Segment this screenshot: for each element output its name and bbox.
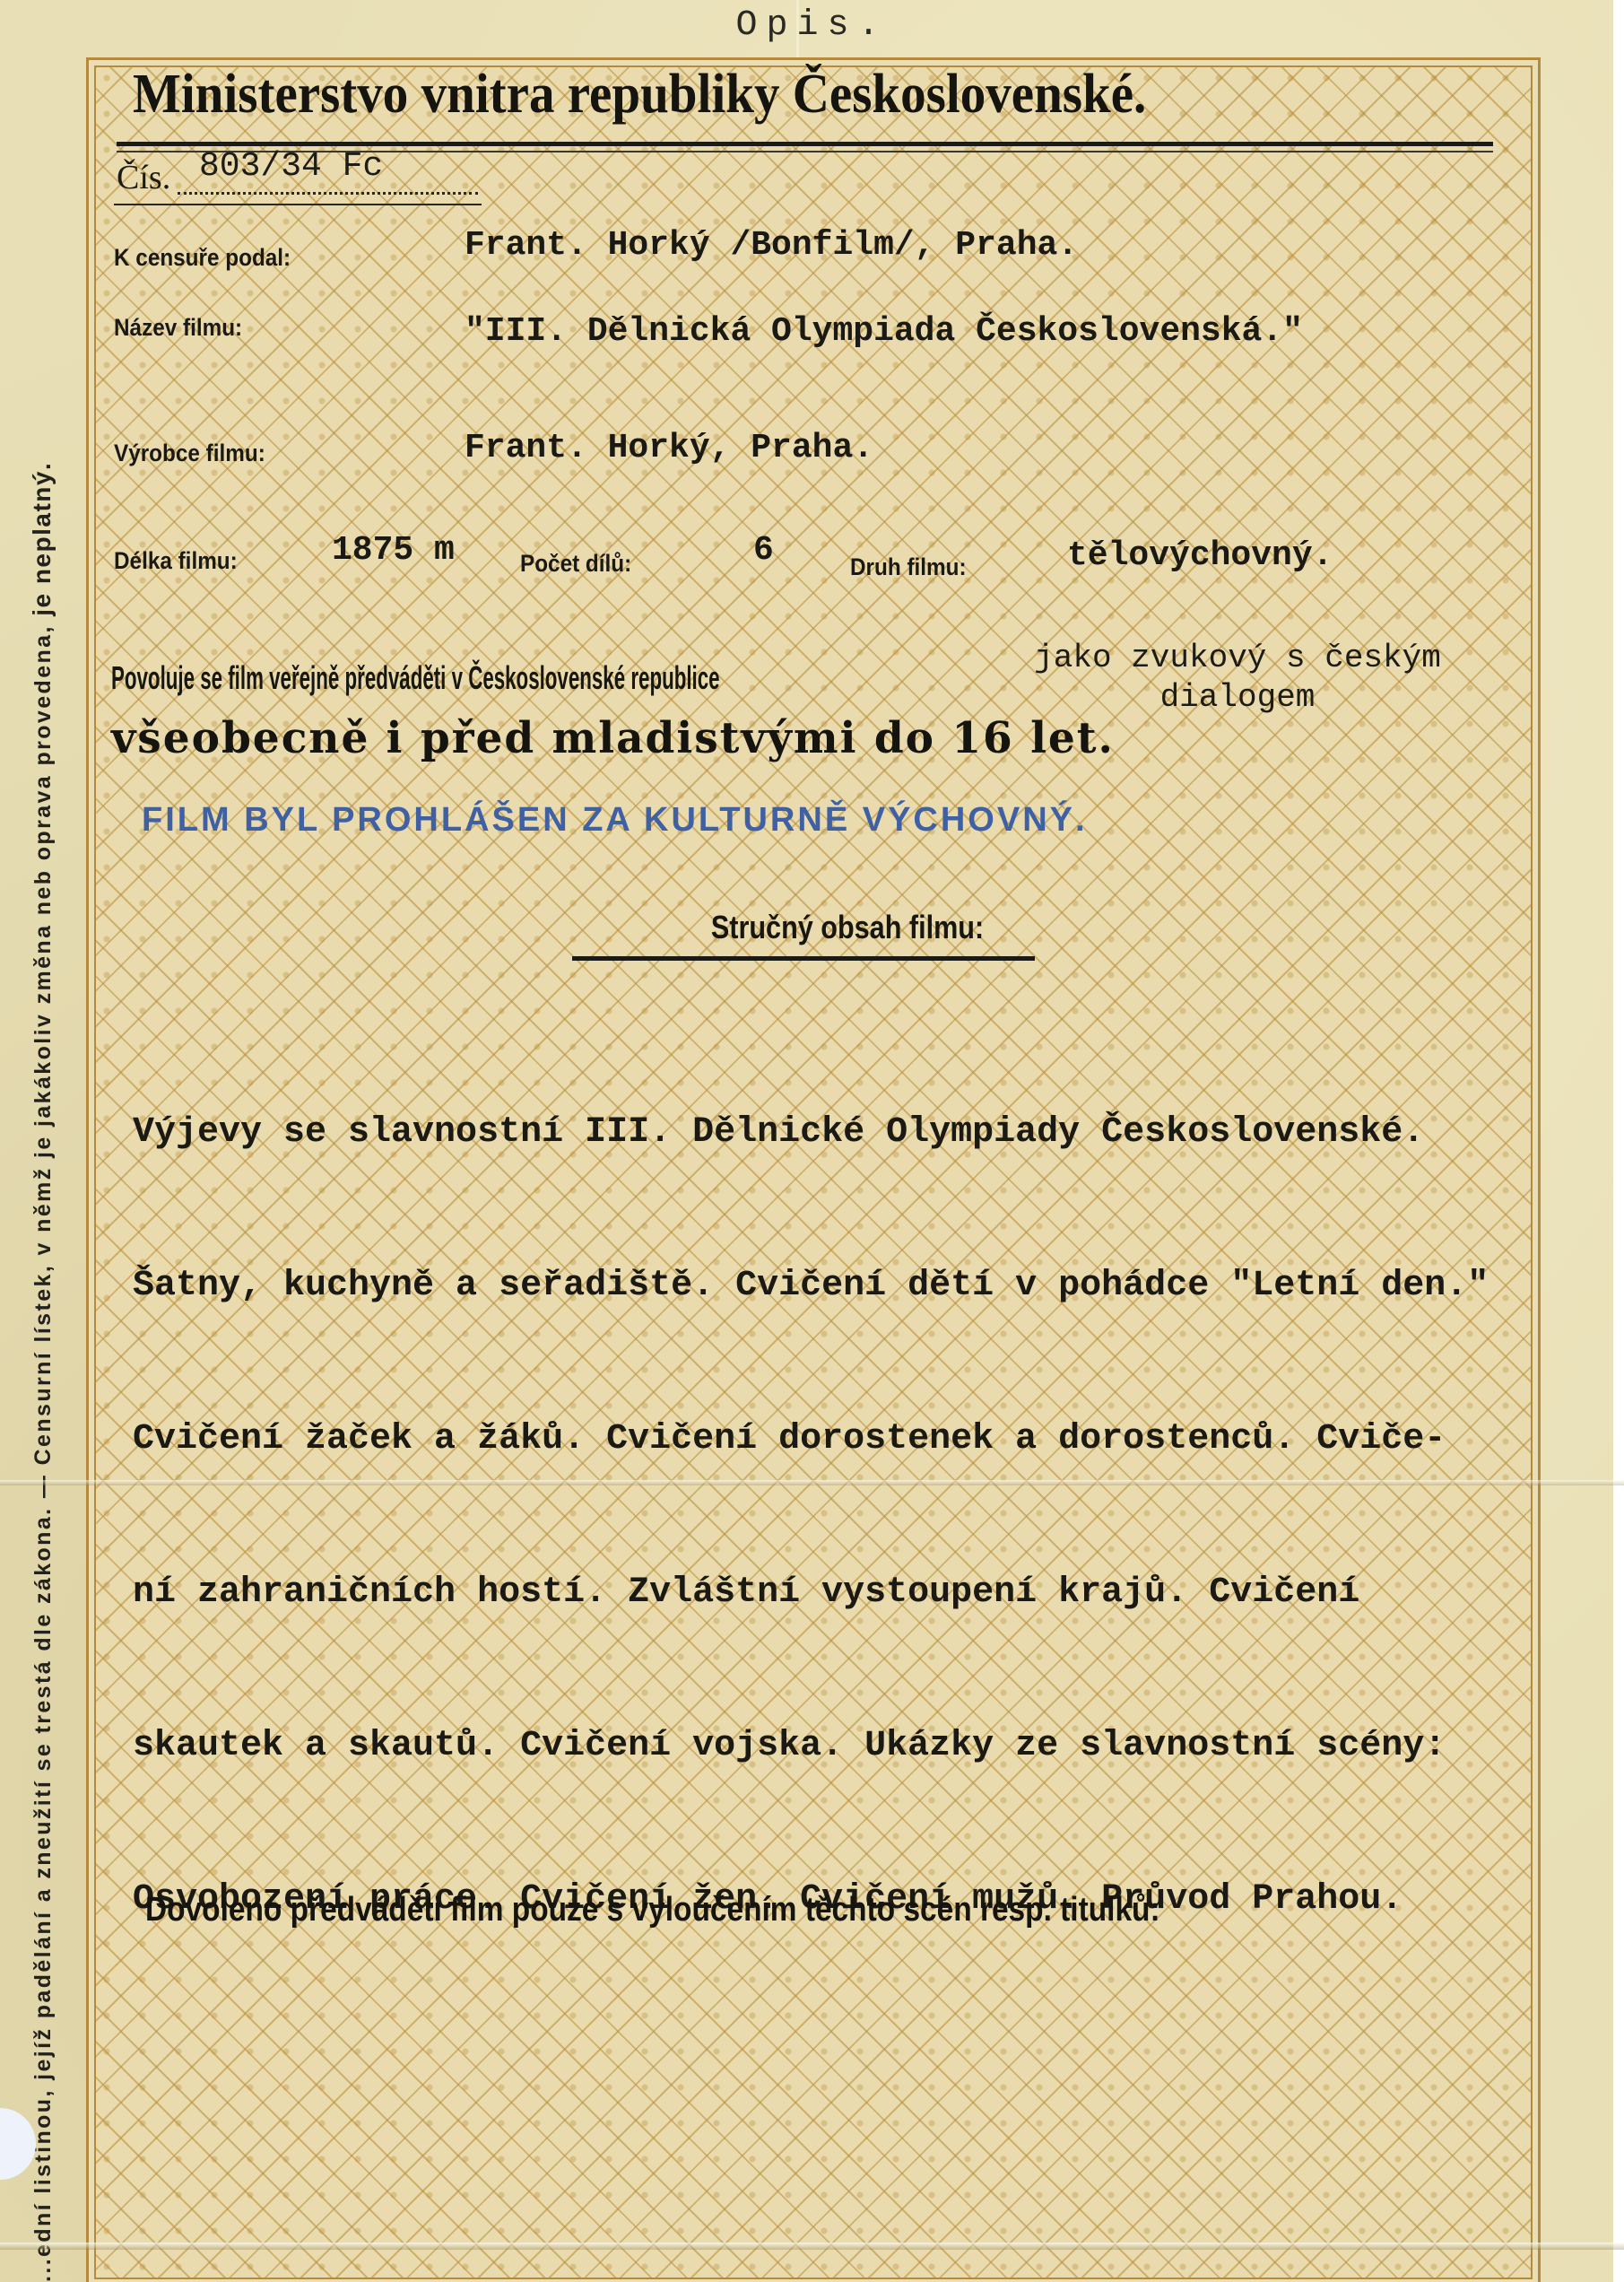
reference-number: 803/34 Fc <box>199 147 383 186</box>
genre-label: Druh filmu: <box>850 553 967 581</box>
summary-heading: Stručný obsah filmu: <box>0 909 1624 946</box>
copy-mark: Opis. <box>0 5 1624 46</box>
cultural-declaration-stamp: FILM BYL PROHLÁŠEN ZA KULTURNĚ VÝCHOVNÝ. <box>142 801 1088 840</box>
summary-line: Cvičení žaček a žáků. Cvičení dorostenek… <box>133 1414 1532 1465</box>
film-title-label: Název filmu: <box>114 314 242 342</box>
issuer-title: Ministerstvo vnitra republiky Českoslove… <box>133 63 1386 126</box>
reference-rule <box>114 204 482 205</box>
film-summary: Výjevy se slavnostní III. Dělnické Olymp… <box>133 1005 1532 1976</box>
permission-printed: Povoluje se film veřejně předváděti v Če… <box>111 659 720 697</box>
length-label: Délka filmu: <box>114 547 238 575</box>
film-title-value: "III. Dělnická Olympiada Československá.… <box>465 312 1303 351</box>
parts-label: Počet dílů: <box>520 550 631 578</box>
submitted-by-value: Frant. Horký /Bonfilm/, Praha. <box>465 226 1078 265</box>
side-notice-emphasis: je neplatný. <box>28 462 56 616</box>
length-value: 1875 m <box>332 531 455 570</box>
exclusion-heading: Dovoleno předváděti film pouze s vylouče… <box>145 1891 1160 1929</box>
audience-permission: všeobecně i před mladistvými do 16 let. <box>111 713 1115 763</box>
summary-line: skautek a skautů. Cvičení vojska. Ukázky… <box>133 1720 1532 1772</box>
submitted-by-label: K censuře podal: <box>114 244 291 272</box>
reference-dotted-line <box>178 192 478 195</box>
reference-label: Čís. <box>117 158 170 197</box>
parts-value: 6 <box>753 531 774 570</box>
summary-heading-text: Stručný obsah filmu: <box>711 909 984 946</box>
producer-value: Frant. Horký, Praha. <box>465 429 873 467</box>
summary-line: Výjevy se slavnostní III. Dělnické Olymp… <box>133 1107 1532 1158</box>
scan-background-edge <box>1613 0 1624 2282</box>
side-notice-text: ...ední listinou, jejíž padělání a zneuž… <box>30 624 56 2282</box>
summary-heading-rule <box>572 956 1035 961</box>
summary-line: ní zahraničních hostí. Zvláštní vystoupe… <box>133 1567 1532 1618</box>
horizontal-fold-crease <box>0 1480 1624 1485</box>
permission-typed-line-2: dialogem <box>995 678 1480 718</box>
side-notice: ...ední listinou, jejíž padělání a zneuž… <box>20 192 65 2282</box>
bottom-fold-crease <box>0 2243 1624 2250</box>
permission-typed-line-1: jako zvukový s českým <box>995 639 1480 678</box>
permission-typed: jako zvukový s českým dialogem <box>995 639 1480 718</box>
summary-line: Šatny, kuchyně a seřadiště. Cvičení dětí… <box>133 1260 1532 1311</box>
producer-label: Výrobce filmu: <box>114 440 265 467</box>
genre-value: tělovýchovný. <box>1067 536 1333 575</box>
title-rule-thick <box>117 142 1493 146</box>
